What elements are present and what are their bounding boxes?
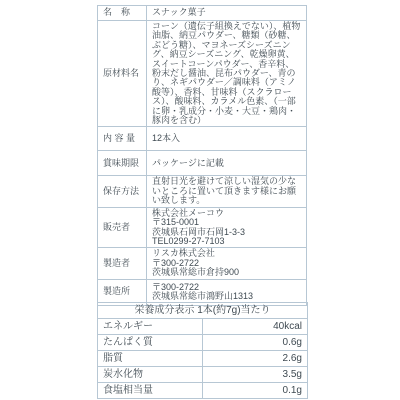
product-spec-table: 名 称 スナック菓子 原材料名 コーン（遺伝子組換えでない）、植物油脂、納豆パウ… — [97, 5, 307, 306]
spec-value-manufacturer: リスカ株式会社 〒300-2722 茨城県常総市倉持900 — [147, 248, 307, 279]
spec-label-storage: 保存方法 — [98, 176, 147, 207]
nutrition-label-protein: たんぱく質 — [98, 335, 203, 351]
spec-label-name: 名 称 — [98, 6, 147, 21]
spec-label-best-before: 賞味期限 — [98, 151, 147, 176]
spec-label-manufacturer: 製造者 — [98, 248, 147, 279]
nutrition-title: 栄養成分表示 1本(約7g)当たり — [98, 303, 308, 319]
nutrition-value-salt: 0.1g — [203, 383, 308, 399]
nutrition-row-protein: たんぱく質 0.6g — [98, 335, 308, 351]
nutrition-label-fat: 脂質 — [98, 351, 203, 367]
nutrition-header-row: 栄養成分表示 1本(約7g)当たり — [98, 303, 308, 319]
spec-value-ingredients: コーン（遺伝子組換えでない）、植物油脂、納豆パウダー、糖類（砂糖、ぶどう糖）、マ… — [147, 21, 307, 127]
spec-row-name: 名 称 スナック菓子 — [98, 6, 307, 21]
spec-value-best-before: パッケージに記載 — [147, 151, 307, 176]
spec-row-manufacturer: 製造者 リスカ株式会社 〒300-2722 茨城県常総市倉持900 — [98, 248, 307, 279]
nutrition-row-fat: 脂質 2.6g — [98, 351, 308, 367]
nutrition-label-carbohydrate: 炭水化物 — [98, 367, 203, 383]
spec-row-contents: 内 容 量 12本入 — [98, 127, 307, 151]
nutrition-row-salt: 食塩相当量 0.1g — [98, 383, 308, 399]
spec-label-ingredients: 原材料名 — [98, 21, 147, 127]
spec-value-contents: 12本入 — [147, 127, 307, 151]
nutrition-row-energy: エネルギー 40kcal — [98, 319, 308, 335]
nutrition-label-energy: エネルギー — [98, 319, 203, 335]
product-label-page: 名 称 スナック菓子 原材料名 コーン（遺伝子組換えでない）、植物油脂、納豆パウ… — [0, 0, 400, 400]
nutrition-label-salt: 食塩相当量 — [98, 383, 203, 399]
spec-label-seller: 販売者 — [98, 207, 147, 248]
spec-value-storage: 直射日光を避けて涼しい湿気の少ないところに置いて頂きます様にお願い致します。 — [147, 176, 307, 207]
spec-row-best-before: 賞味期限 パッケージに記載 — [98, 151, 307, 176]
nutrition-value-fat: 2.6g — [203, 351, 308, 367]
spec-row-seller: 販売者 株式会社メーコウ 〒315-0001 茨城県石岡市石岡1-3-3 TEL… — [98, 207, 307, 248]
nutrition-value-protein: 0.6g — [203, 335, 308, 351]
spec-row-ingredients: 原材料名 コーン（遺伝子組換えでない）、植物油脂、納豆パウダー、糖類（砂糖、ぶど… — [98, 21, 307, 127]
nutrition-value-carbohydrate: 3.5g — [203, 367, 308, 383]
nutrition-row-carbohydrate: 炭水化物 3.5g — [98, 367, 308, 383]
spec-value-seller: 株式会社メーコウ 〒315-0001 茨城県石岡市石岡1-3-3 TEL0299… — [147, 207, 307, 248]
spec-label-contents: 内 容 量 — [98, 127, 147, 151]
spec-value-name: スナック菓子 — [147, 6, 307, 21]
nutrition-value-energy: 40kcal — [203, 319, 308, 335]
spec-row-storage: 保存方法 直射日光を避けて涼しい湿気の少ないところに置いて頂きます様にお願い致し… — [98, 176, 307, 207]
nutrition-table: 栄養成分表示 1本(約7g)当たり エネルギー 40kcal たんぱく質 0.6… — [97, 302, 308, 399]
